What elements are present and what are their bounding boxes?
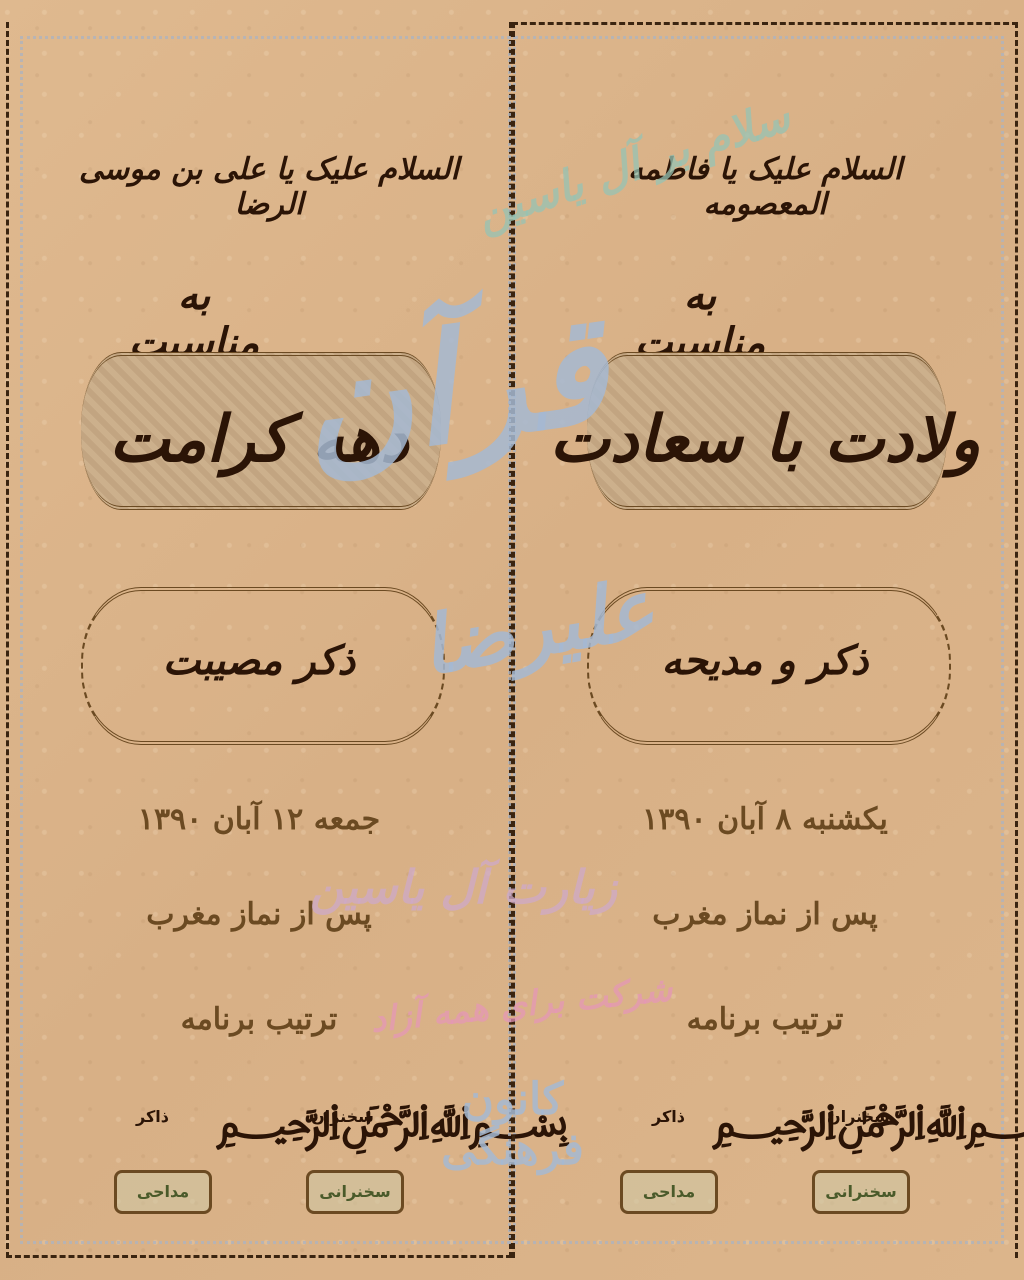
left-cartouche-subtitle: ذکر مصیبت [6, 637, 512, 684]
left-info-line-1: جمعه ۱۲ آبان ۱۳۹۰ [6, 802, 512, 837]
right-info-line-2: پس از نماز مغرب [512, 897, 1018, 932]
center-seal-calligraphy: کانون فرهنگی [420, 1075, 605, 1220]
left-calligraphic-stamp: ﷽ [216, 1077, 302, 1163]
left-stamp-label-1: ذاکر [136, 1107, 169, 1126]
right-stamp-label-1: ذاکر [652, 1107, 685, 1126]
left-info-line-2: پس از نماز مغرب [6, 897, 512, 932]
right-badge-1: مداحی [620, 1170, 718, 1214]
right-badge-2: سخنرانی [812, 1170, 910, 1214]
right-calligraphic-stamp: ﷽ [712, 1077, 798, 1163]
left-top-calligraphy: السلام علیک یا علی بن موسی الرضا [66, 152, 472, 222]
right-top-calligraphy: السلام علیک یا فاطمه المعصومه [572, 152, 958, 222]
right-panel: السلام علیک یا فاطمه المعصومه به مناسبت … [512, 22, 1018, 1258]
right-cartouche-subtitle: ذکر و مدیحه [512, 637, 1018, 684]
left-panel: السلام علیک یا علی بن موسی الرضا به مناس… [6, 22, 512, 1258]
left-cartouche-title: دهه کرامت [6, 402, 512, 477]
right-info-line-3: ترتیب برنامه [512, 1002, 1018, 1037]
left-badge-2: سخنرانی [306, 1170, 404, 1214]
right-cartouche-title: ولادت با سعادت [512, 402, 1018, 477]
right-info-line-1: یکشنبه ۸ آبان ۱۳۹۰ [512, 802, 1018, 837]
left-badge-1: مداحی [114, 1170, 212, 1214]
left-info-line-3: ترتیب برنامه [6, 1002, 512, 1037]
right-stamp-label-2: سخنران [827, 1107, 890, 1126]
left-stamp-label-2: سخنران [311, 1107, 374, 1126]
